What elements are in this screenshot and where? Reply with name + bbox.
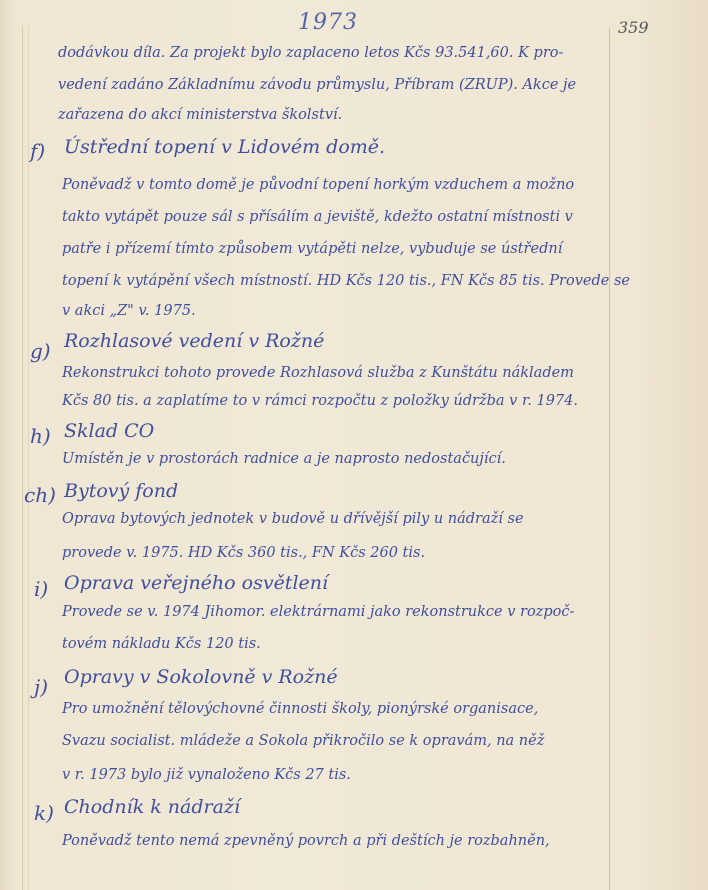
section-title-f: Ústřední topení v Lidovém domě. xyxy=(64,136,385,158)
section-title-ch: Bytový fond xyxy=(64,480,178,502)
text-line: zařazena do akcí ministerstva školství. xyxy=(58,106,342,124)
section-label-g: g) xyxy=(30,340,51,362)
section-label-j: j) xyxy=(34,676,48,698)
section-label-f: f) xyxy=(30,140,45,162)
text-line: topení k vytápění všech místností. HD Kč… xyxy=(62,272,630,290)
text-line: Umístěn je v prostorách radnice a je nap… xyxy=(62,450,506,468)
page-number: 359 xyxy=(618,18,649,37)
text-line: Poněvadž v tomto domě je původní topení … xyxy=(62,176,574,194)
text-line: v akci „Z" v. 1975. xyxy=(62,302,196,320)
left-margin-line-inner xyxy=(28,26,29,890)
text-line: vedení zadáno Základnímu závodu průmyslu… xyxy=(58,76,576,94)
text-line: Pro umožnění tělovýchovné činnosti školy… xyxy=(62,700,538,718)
handwritten-chronicle-page: 1973 359 dodávkou díla. Za projekt bylo … xyxy=(0,0,708,890)
section-title-k: Chodník k nádraží xyxy=(64,796,240,818)
section-title-h: Sklad CO xyxy=(64,420,154,442)
section-title-i: Oprava veřejného osvětlení xyxy=(64,572,328,594)
page-year-header: 1973 xyxy=(298,10,358,35)
text-line: provede v. 1975. HD Kčs 360 tis., FN Kčs… xyxy=(62,544,425,562)
text-line: Oprava bytových jednotek v budově u dřív… xyxy=(62,510,524,528)
text-line: takto vytápět pouze sál s přísálím a jev… xyxy=(62,208,573,226)
section-title-g: Rozhlasové vedení v Rožné xyxy=(64,330,324,352)
text-line: Svazu socialist. mládeže a Sokola přikro… xyxy=(62,732,544,750)
right-margin-line xyxy=(609,28,610,890)
section-title-j: Opravy v Sokolovně v Rožné xyxy=(64,666,338,688)
section-label-ch: ch) xyxy=(24,484,56,506)
section-label-i: i) xyxy=(34,578,48,600)
text-line: Rekonstrukci tohoto provede Rozhlasová s… xyxy=(62,364,574,382)
text-line: patře i přízemí tímto způsobem vytápěti … xyxy=(62,240,562,258)
section-label-k: k) xyxy=(34,802,54,824)
text-line: v r. 1973 bylo již vynaloženo Kčs 27 tis… xyxy=(62,766,351,784)
section-label-h: h) xyxy=(30,425,51,447)
left-margin-line xyxy=(22,26,23,890)
text-line: dodávkou díla. Za projekt bylo zaplaceno… xyxy=(58,44,563,62)
text-line: Poněvadž tento nemá zpevněný povrch a př… xyxy=(62,832,550,850)
text-line: tovém nákladu Kčs 120 tis. xyxy=(62,635,261,653)
text-line: Kčs 80 tis. a zaplatíme to v rámci rozpo… xyxy=(62,392,578,410)
text-line: Provede se v. 1974 Jihomor. elektrárnami… xyxy=(62,603,574,621)
